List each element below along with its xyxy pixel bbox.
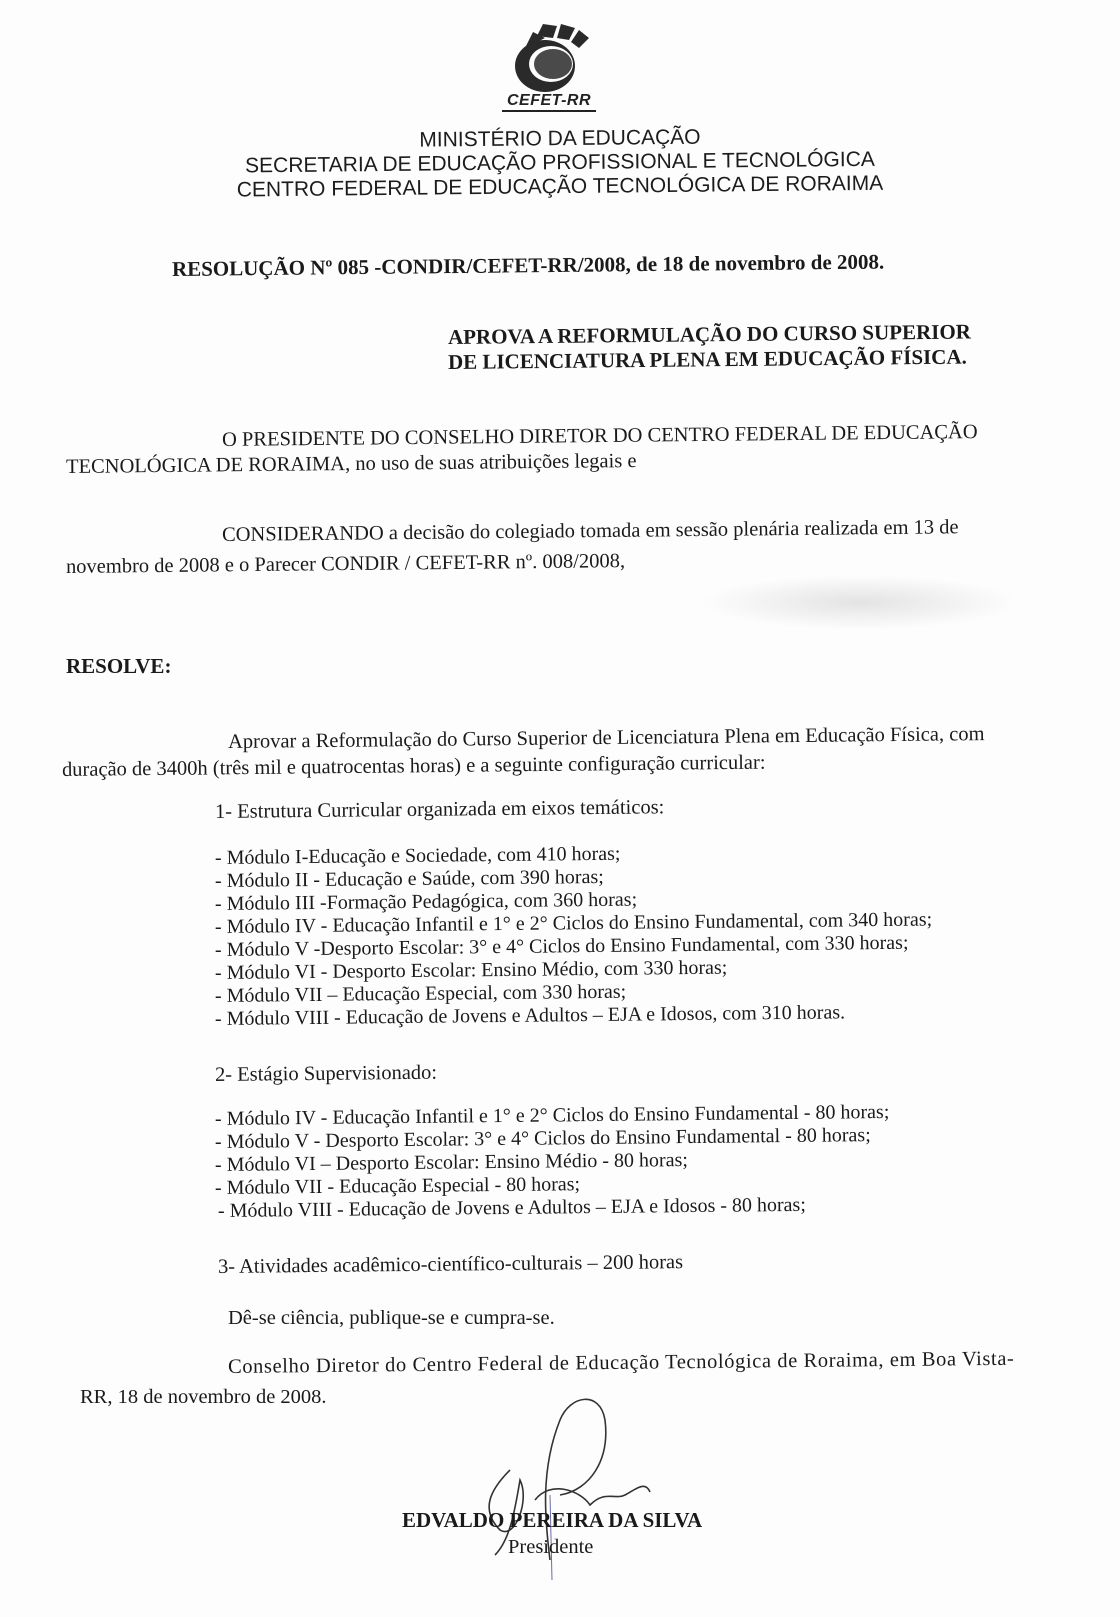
place-date-line-1: Conselho Diretor do Centro Federal de Ed…: [228, 1347, 1015, 1379]
section3-line: 3- Atividades acadêmico-científico-cultu…: [218, 1250, 683, 1279]
president-line-1: O PRESIDENTE DO CONSELHO DIRETOR DO CENT…: [222, 420, 978, 452]
section2-item: - Módulo VIII - Educação de Jovens e Adu…: [218, 1194, 806, 1223]
president-line-2: TECNOLÓGICA DE RORAIMA, no uso de suas a…: [66, 449, 637, 479]
section1-heading: 1- Estrutura Curricular organizada em ei…: [215, 795, 665, 824]
approve-line-1: Aprovar a Reformulação do Curso Superior…: [228, 722, 985, 754]
section2-item: - Módulo VI – Desporto Escolar: Ensino M…: [215, 1149, 688, 1177]
signatory-name: EDVALDO PEREIRA DA SILVA: [402, 1508, 702, 1533]
ementa-line-2: DE LICENCIATURA PLENA EM EDUCAÇÃO FÍSICA…: [448, 345, 967, 375]
resolve-heading: RESOLVE:: [66, 654, 171, 679]
signatory-role: Presidente: [508, 1535, 593, 1559]
place-date-line-2: RR, 18 de novembro de 2008.: [80, 1385, 327, 1409]
considerando-line-1: CONSIDERANDO a decisão do colegiado toma…: [222, 515, 959, 547]
considerando-line-2: novembro de 2008 e o Parecer CONDIR / CE…: [66, 549, 625, 579]
section2-heading: 2- Estágio Supervisionado:: [215, 1061, 437, 1087]
logo-label: CEFET-RR: [502, 92, 596, 112]
approve-line-2: duração de 3400h (três mil e quatrocenta…: [62, 751, 766, 782]
scan-smudge: [700, 575, 1020, 630]
resolution-title: RESOLUÇÃO Nº 085 -CONDIR/CEFET-RR/2008, …: [172, 250, 884, 282]
closing-line: Dê-se ciência, publique-se e cumpra-se.: [228, 1306, 555, 1330]
section1-item: - Módulo VI - Desporto Escolar: Ensino M…: [215, 957, 728, 985]
